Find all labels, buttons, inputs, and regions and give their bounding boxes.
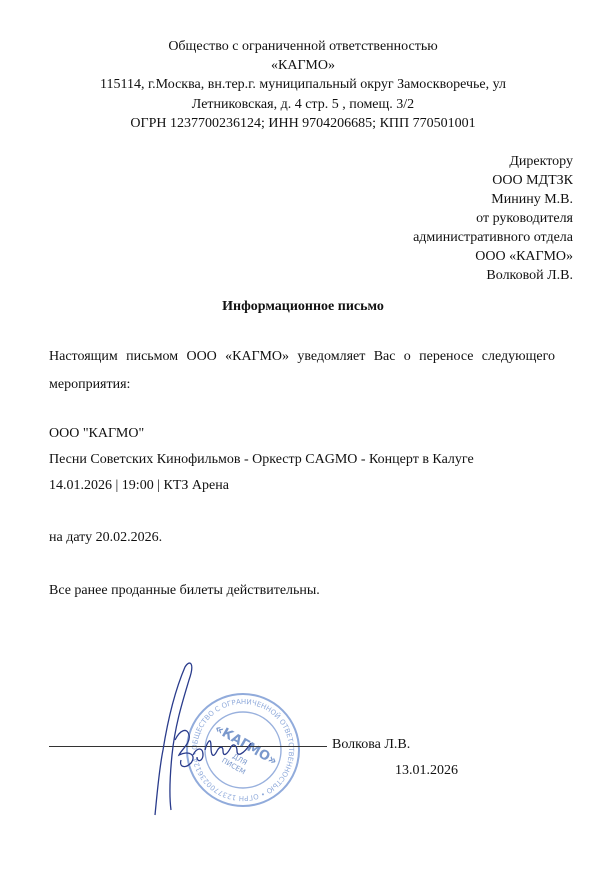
letter-title: Информационное письмо (0, 299, 606, 315)
company-address-line1: 115114, г.Москва, вн.тер.г. муниципальны… (0, 75, 606, 94)
event-name: Песни Советских Кинофильмов - Оркестр CA… (49, 452, 474, 468)
handwritten-signature (145, 655, 295, 825)
company-name: «КАГМО» (0, 56, 606, 75)
recipient-line: от руководителя (413, 209, 573, 228)
tickets-note: Все ранее проданные билеты действительны… (49, 583, 320, 599)
intro-text: Настоящим письмом ООО «КАГМО» уведомляет… (49, 349, 555, 365)
company-registration: ОГРН 1237700236124; ИНН 9704206685; КПП … (0, 114, 606, 133)
new-date: на дату 20.02.2026. (49, 530, 162, 546)
event-details: 14.01.2026 | 19:00 | КТЗ Арена (49, 478, 229, 494)
company-form: Общество с ограниченной ответственностью (0, 37, 606, 56)
company-address-line2: Летниковская, д. 4 стр. 5 , помещ. 3/2 (0, 95, 606, 114)
recipient-line: ООО МДТЗК (413, 171, 573, 190)
recipient-line: Минину М.В. (413, 190, 573, 209)
recipient-line: Волковой Л.В. (413, 266, 573, 285)
event-organizer: ООО "КАГМО" (49, 426, 144, 442)
intro-text-cont: мероприятия: (49, 377, 555, 393)
recipient-line: административного отдела (413, 228, 573, 247)
recipient-line: Директору (413, 152, 573, 171)
recipient-block: Директору ООО МДТЗК Минину М.В. от руков… (413, 152, 573, 285)
signature-icon (145, 655, 295, 820)
recipient-line: ООО «КАГМО» (413, 247, 573, 266)
letterhead: Общество с ограниченной ответственностью… (0, 37, 606, 133)
signer-name: Волкова Л.В. (332, 737, 410, 753)
signature-date: 13.01.2026 (395, 763, 458, 779)
